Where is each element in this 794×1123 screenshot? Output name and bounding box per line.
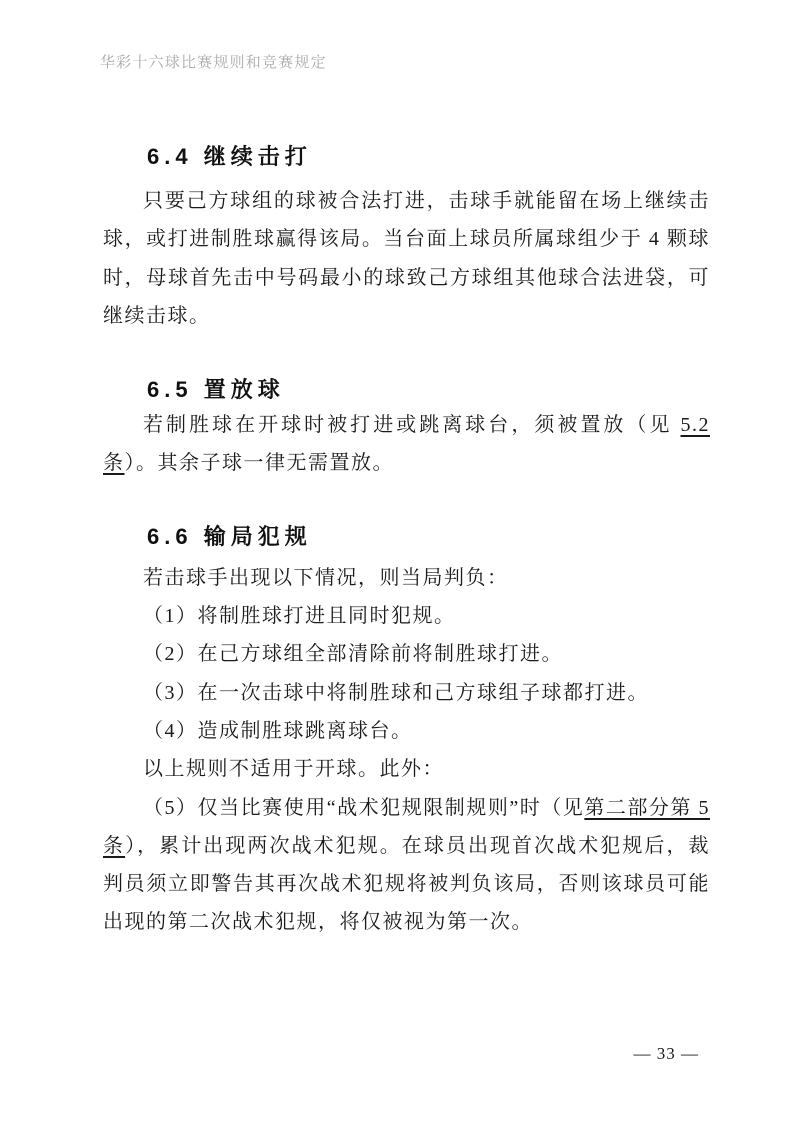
loss-foul-item-1: （1）将制胜球打进且同时犯规。 <box>103 597 710 635</box>
section-6-5-paragraph: 若制胜球在开球时被打进或跳离球台，须被置放（见 5.2 条）。其余子球一律无需置… <box>103 406 710 483</box>
section-6-5-text-before-link: 若制胜球在开球时被打进或跳离球台，须被置放（见 <box>143 414 681 436</box>
loss-foul-item-5: （5）仅当比赛使用“战术犯规限制规则”时（见第二部分第 5 条），累计出现两次战… <box>103 789 710 942</box>
loss-foul-item-3: （3）在一次击球中将制胜球和己方球组子球都打进。 <box>103 674 710 712</box>
section-6-5-text-after-link: ）。其余子球一律无需置放。 <box>125 452 395 474</box>
document-content: 6.4 继续击打 只要己方球组的球被合法打进，击球手就能留在场上继续击球，或打进… <box>0 0 794 1123</box>
loss-foul-item-2: （2）在己方球组全部清除前将制胜球打进。 <box>103 635 710 673</box>
section-6-6-intro: 若击球手出现以下情况，则当局判负： <box>103 559 710 597</box>
section-6-4-paragraph: 只要己方球组的球被合法打进，击球手就能留在场上继续击球，或打进制胜球赢得该局。当… <box>103 182 710 335</box>
section-6-6-note: 以上规则不适用于开球。此外： <box>103 750 710 788</box>
section-6-5-heading: 6.5 置放球 <box>103 375 710 405</box>
item-5-text-after-link: ），累计出现两次战术犯规。在球员出现首次战术犯规后，裁判员须立即警告其再次战术犯… <box>103 835 710 934</box>
loss-foul-item-4: （4）造成制胜球跳离球台。 <box>103 712 710 750</box>
section-6-6-heading: 6.6 输局犯规 <box>103 522 710 552</box>
document-page: 华彩十六球比赛规则和竞赛规定 6.4 继续击打 只要己方球组的球被合法打进，击球… <box>0 0 794 1123</box>
section-6-4-heading: 6.4 继续击打 <box>103 142 710 172</box>
item-5-text-before-link: （5）仅当比赛使用“战术犯规限制规则”时（见 <box>143 797 584 819</box>
page-number: — 33 — <box>0 1044 794 1064</box>
